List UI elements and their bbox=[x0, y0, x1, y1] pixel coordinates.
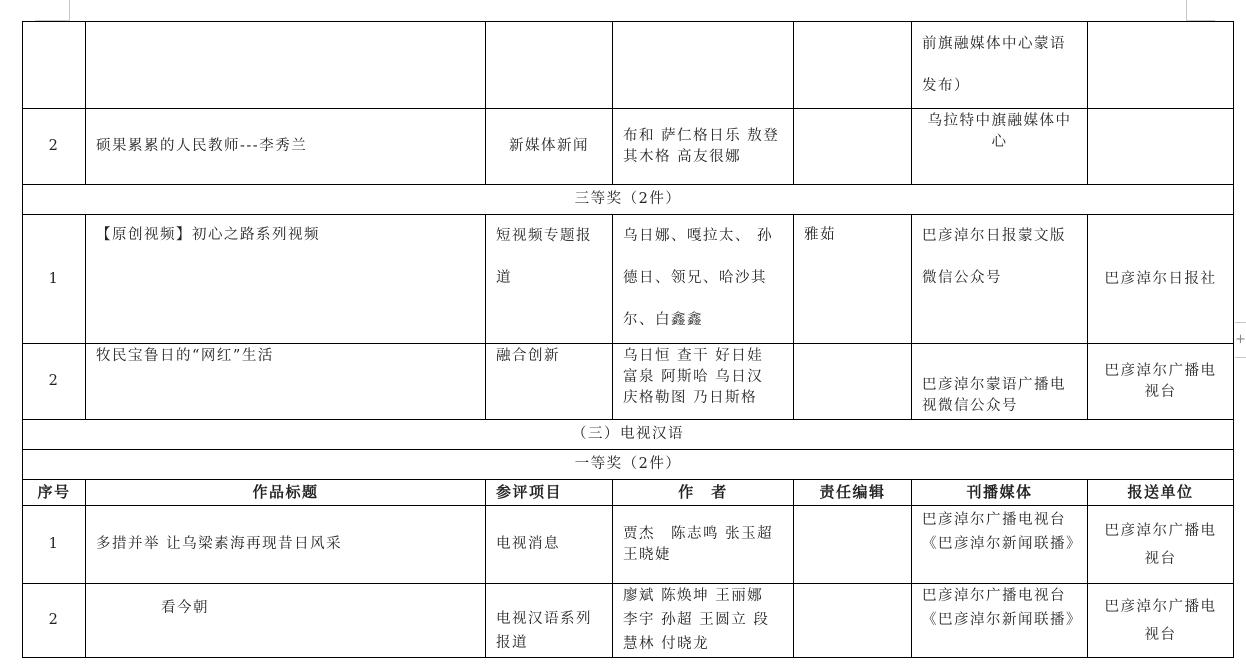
cell-category: 电视汉语系列报道 bbox=[486, 584, 613, 658]
section-heading-row: （三）电视汉语 bbox=[23, 420, 1234, 450]
table-row: 2 牧民宝鲁日的“网红”生活 融合创新 乌日恒 查干 好日娃 富泉 阿斯哈 乌日… bbox=[23, 344, 1234, 420]
cell-media: 巴彦淖尔广播电视台《巴彦淖尔新闻联播》 bbox=[912, 506, 1088, 584]
table-row: 1 多措并举 让乌梁素海再现昔日风采 电视消息 贾杰 陈志鸣 张玉超 王晓婕 巴… bbox=[23, 506, 1234, 584]
cell-unit bbox=[1088, 109, 1234, 185]
third-prize-heading: 三等奖（2件） bbox=[23, 185, 1234, 215]
cell-editor: 雅茹 bbox=[794, 215, 912, 344]
cell-authors: 贾杰 陈志鸣 张玉超 王晓婕 bbox=[613, 506, 794, 584]
header-authors: 作 者 bbox=[613, 480, 794, 506]
table-row: 2 看今朝 电视汉语系列报道 廖斌 陈焕坤 王丽娜 李宇 孙超 王圆立 段慧林 … bbox=[23, 584, 1234, 658]
cell-media: 乌拉特中旗融媒体中心 bbox=[912, 109, 1088, 185]
cell-no: 1 bbox=[23, 506, 86, 584]
cell-media: 巴彦淖尔蒙语广播电视微信公众号 bbox=[912, 344, 1088, 420]
header-no: 序号 bbox=[23, 480, 86, 506]
first-prize-heading: 一等奖（2件） bbox=[23, 450, 1234, 480]
cell-media: 巴彦淖尔日报蒙文版微信公众号 bbox=[912, 215, 1088, 344]
cell-no: 2 bbox=[23, 344, 86, 420]
header-title: 作品标题 bbox=[86, 480, 486, 506]
table-row: 1 【原创视频】初心之路系列视频 短视频专题报道 乌日娜、嘎拉太、 孙德日、领兄… bbox=[23, 215, 1234, 344]
cell-editor bbox=[794, 344, 912, 420]
table-row-continued: 前旗融媒体中心蒙语发布） bbox=[23, 22, 1234, 109]
cell-title: 看今朝 bbox=[86, 584, 486, 658]
cell-media: 巴彦淖尔广播电视台《巴彦淖尔新闻联播》 bbox=[912, 584, 1088, 658]
first-prize-heading-row: 一等奖（2件） bbox=[23, 450, 1234, 480]
cell-title bbox=[86, 22, 486, 109]
cell-authors: 布和 萨仁格日乐 敖登其木格 高友很娜 bbox=[613, 109, 794, 185]
cell-editor bbox=[794, 584, 912, 658]
cell-no: 1 bbox=[23, 215, 86, 344]
awards-table: 前旗融媒体中心蒙语发布） 2 硕果累累的人民教师---李秀兰 新媒体新闻 布和 … bbox=[22, 21, 1234, 658]
cell-no: 2 bbox=[23, 109, 86, 185]
cell-title: 多措并举 让乌梁素海再现昔日风采 bbox=[86, 506, 486, 584]
cell-category: 电视消息 bbox=[486, 506, 613, 584]
cell-unit: 巴彦淖尔广播电视台 bbox=[1088, 344, 1234, 420]
cell-title: 【原创视频】初心之路系列视频 bbox=[86, 215, 486, 344]
cell-unit bbox=[1088, 22, 1234, 109]
cell-no: 2 bbox=[23, 584, 86, 658]
page-corner-mark-left bbox=[35, 0, 70, 21]
cell-category: 短视频专题报道 bbox=[486, 215, 613, 344]
cell-unit: 巴彦淖尔广播电视台 bbox=[1088, 584, 1234, 658]
table-header-row: 序号 作品标题 参评项目 作 者 责任编辑 刊播媒体 报送单位 bbox=[23, 480, 1234, 506]
cell-category: 融合创新 bbox=[486, 344, 613, 420]
cell-authors bbox=[613, 22, 794, 109]
header-unit: 报送单位 bbox=[1088, 480, 1234, 506]
cell-title: 牧民宝鲁日的“网红”生活 bbox=[86, 344, 486, 420]
cell-unit: 巴彦淖尔广播电视台 bbox=[1088, 506, 1234, 584]
third-prize-heading-row: 三等奖（2件） bbox=[23, 185, 1234, 215]
cell-media: 前旗融媒体中心蒙语发布） bbox=[912, 22, 1088, 109]
section-heading: （三）电视汉语 bbox=[23, 420, 1234, 450]
cell-unit: 巴彦淖尔日报社 bbox=[1088, 215, 1234, 344]
cell-no bbox=[23, 22, 86, 109]
cell-authors: 廖斌 陈焕坤 王丽娜 李宇 孙超 王圆立 段慧林 付晓龙 bbox=[613, 584, 794, 658]
page-corner-mark-right bbox=[1186, 0, 1215, 21]
header-category: 参评项目 bbox=[486, 480, 613, 506]
cell-editor bbox=[794, 22, 912, 109]
cell-editor bbox=[794, 109, 912, 185]
cell-category bbox=[486, 22, 613, 109]
cell-category: 新媒体新闻 bbox=[486, 109, 613, 185]
header-media: 刊播媒体 bbox=[912, 480, 1088, 506]
add-column-icon[interactable]: + bbox=[1235, 322, 1246, 358]
cell-authors: 乌日恒 查干 好日娃 富泉 阿斯哈 乌日汉 庆格勒图 乃日斯格 bbox=[613, 344, 794, 420]
cell-title: 硕果累累的人民教师---李秀兰 bbox=[86, 109, 486, 185]
table-row: 2 硕果累累的人民教师---李秀兰 新媒体新闻 布和 萨仁格日乐 敖登其木格 高… bbox=[23, 109, 1234, 185]
cell-authors: 乌日娜、嘎拉太、 孙德日、领兄、哈沙其尔、白鑫鑫 bbox=[613, 215, 794, 344]
cell-editor bbox=[794, 506, 912, 584]
header-editor: 责任编辑 bbox=[794, 480, 912, 506]
